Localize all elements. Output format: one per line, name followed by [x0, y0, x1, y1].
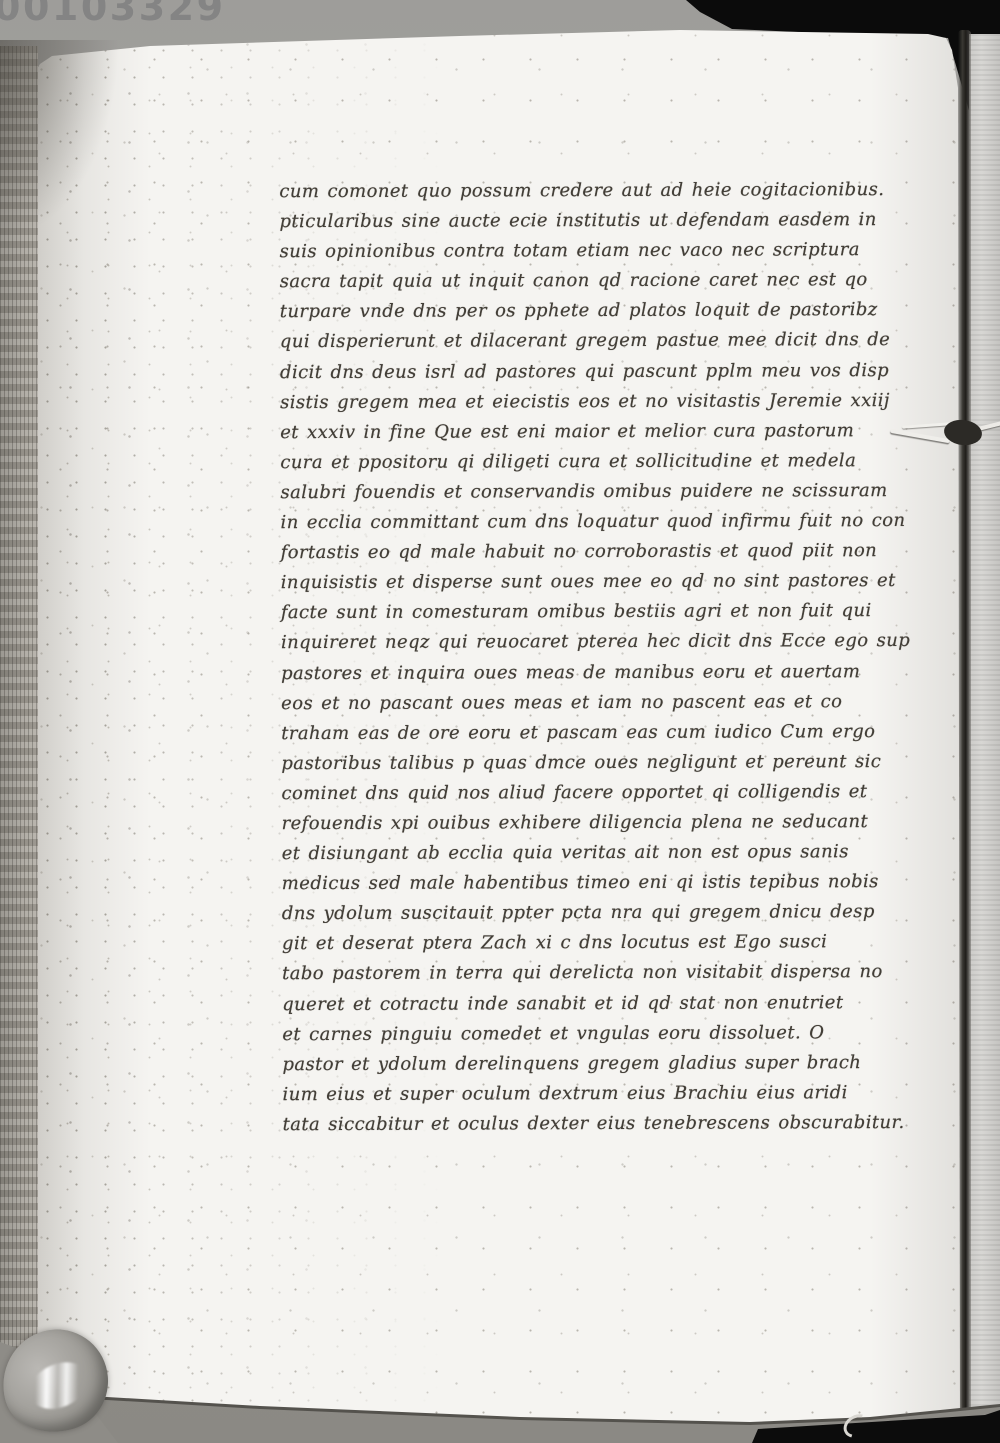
- manuscript-line: cominet dns quid nos aliud facere opport…: [281, 777, 945, 809]
- manuscript-line: turpare vnde dns per os pphete ad platos…: [280, 295, 944, 327]
- manuscript-line: facte sunt in comesturam omibus bestiis …: [281, 596, 945, 628]
- manuscript-line: refouendis xpi ouibus exhibere diligenci…: [282, 807, 946, 839]
- thumbnail-highlight: [23, 1353, 97, 1417]
- manuscript-line: cura et ppositoru qi diligeti cura et so…: [280, 446, 944, 478]
- manuscript-line: qui disperierunt et dilacerant gregem pa…: [280, 325, 944, 357]
- manuscript-line: suis opinionibus contra totam etiam nec …: [280, 235, 944, 267]
- manuscript-line: tabo pastorem in terra qui derelicta non…: [282, 957, 946, 989]
- manuscript-line: pastores et inquira oues meas de manibus…: [281, 656, 945, 688]
- manuscript-line: sacra tapit quia ut inquit canon qd raci…: [280, 265, 944, 297]
- manuscript-line: cum comonet quo possum credere aut ad he…: [279, 175, 943, 207]
- binding-spine-strip: [0, 46, 38, 1443]
- manuscript-line: pastoribus talibus p quas dmce oues negl…: [281, 747, 945, 779]
- book-fore-edge: [969, 34, 1000, 1414]
- manuscript-line: traham eas de ore eoru et pascam eas cum…: [281, 717, 945, 749]
- handwritten-text-block: cum comonet quo possum credere aut ad he…: [279, 175, 946, 1140]
- manuscript-line: tata siccabitur et oculus dexter eius te…: [283, 1108, 947, 1140]
- scan-id-number: 00103329: [0, 0, 226, 27]
- manuscript-line: pticularibus sine aucte ecie institutis …: [279, 205, 943, 237]
- manuscript-line: git et deserat ptera Zach xi c dns locut…: [282, 927, 946, 959]
- manuscript-line: inquireret neqz qui reuocaret pterea hec…: [281, 626, 945, 658]
- manuscript-page: cum comonet quo possum credere aut ad he…: [30, 28, 964, 1443]
- manuscript-line: dns ydolum suscitauit ppter pcta nra qui…: [282, 897, 946, 929]
- page-edge-shadow-line: [958, 30, 971, 1420]
- manuscript-line: et xxxiv in fine Que est eni maior et me…: [280, 416, 944, 448]
- manuscript-line: medicus sed male habentibus timeo eni qi…: [282, 867, 946, 899]
- manuscript-line: dicit dns deus isrl ad pastores qui pasc…: [280, 355, 944, 387]
- manuscript-line: fortastis eo qd male habuit no corrobora…: [281, 536, 945, 568]
- manuscript-line: queret et cotractu inde sanabit et id qd…: [282, 987, 946, 1019]
- manuscript-line: eos et no pascant oues meas et iam no pa…: [281, 686, 945, 718]
- manuscript-line: in ecclia committant cum dns loquatur qu…: [280, 506, 944, 538]
- binding-corner-shadow: [0, 40, 120, 240]
- manuscript-line: sistis gregem mea et eiecistis eos et no…: [280, 385, 944, 417]
- manuscript-line: et disiungant ab ecclia quia veritas ait…: [282, 837, 946, 869]
- manuscript-line: et carnes pinguiu comedet et vngulas eor…: [282, 1017, 946, 1049]
- manuscript-line: inquisistis et disperse sunt oues mee eo…: [281, 566, 945, 598]
- manuscript-photo: 00103329 cum comonet quo possum credere …: [0, 0, 1000, 1443]
- manuscript-line: salubri fouendis et conservandis omibus …: [280, 476, 944, 508]
- manuscript-line: ium eius et super oculum dextrum eius Br…: [282, 1078, 946, 1110]
- manuscript-line: pastor et ydolum derelinquens gregem gla…: [282, 1048, 946, 1080]
